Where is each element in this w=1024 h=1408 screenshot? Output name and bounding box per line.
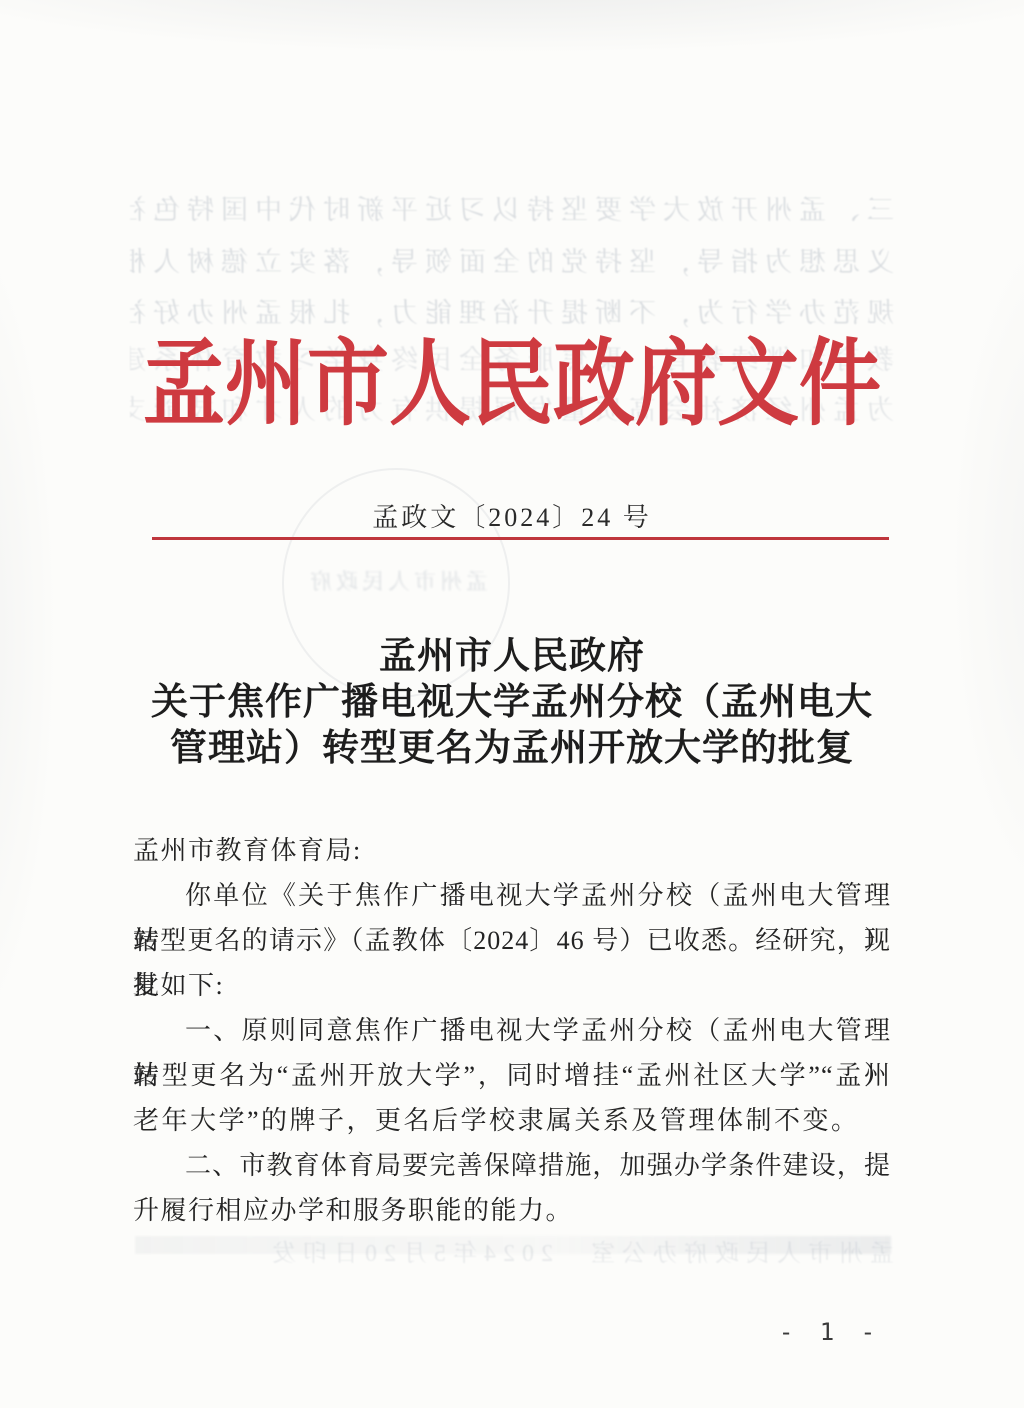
scanned-document-page: 三、孟州开放大学要坚持以习近平新时代中国特色社会主 义思想为指导，坚持党的全面领… (0, 0, 1024, 1408)
scan-smudge (135, 1236, 891, 1254)
doc-number: 孟政文〔2024〕24 号 (0, 497, 1024, 534)
document-body: 孟州市教育体育局: 你单位《关于焦作广播电视大学孟州分校（孟州电大管理站） 转型… (133, 828, 891, 1233)
body-line: 一、原则同意焦作广播电视大学孟州分校（孟州电大管理站） (133, 1008, 891, 1053)
title-line-3: 管理站）转型更名为孟州开放大学的批复 (0, 726, 1024, 772)
page-number: - 1 - (770, 1318, 890, 1346)
body-line: 升履行相应办学和服务职能的能力。 (133, 1188, 891, 1233)
body-salutation: 孟州市教育体育局: (133, 828, 891, 873)
bleedthrough-line: 义思想为指导，坚持党的全面领导，落实立德树人根本任务，进一步 (130, 240, 894, 279)
body-line: 复如下: (133, 963, 891, 1008)
body-line: 你单位《关于焦作广播电视大学孟州分校（孟州电大管理站） (133, 873, 891, 918)
title-line-2: 关于焦作广播电视大学孟州分校（孟州电大 (0, 680, 1024, 726)
document-title: 孟州市人民政府 关于焦作广播电视大学孟州分校（孟州电大 管理站）转型更名为孟州开… (0, 634, 1024, 772)
bleedthrough-line: 三、孟州开放大学要坚持以习近平新时代中国特色社会主 (130, 188, 894, 227)
bleedthrough-line: 孟州市人民政府办公室 2024年5月20日印发 (130, 1233, 894, 1268)
seal-bleedthrough-text: 孟州市人民政府 (302, 565, 492, 596)
title-line-1: 孟州市人民政府 (0, 634, 1024, 680)
body-line: 转型更名的请示》（孟教体〔2024〕46 号）已收悉。经研究，现批 (133, 918, 891, 963)
body-line: 转型更名为“孟州开放大学”，同时增挂“孟州社区大学”“孟州 (133, 1053, 891, 1098)
masthead-title: 孟州市人民政府文件 (0, 309, 1024, 444)
body-line: 二、市教育体育局要完善保障措施，加强办学条件建设，提 (133, 1143, 891, 1188)
body-line: 老年大学”的牌子，更名后学校隶属关系及管理体制不变。 (133, 1098, 891, 1143)
red-divider-rule (152, 537, 889, 540)
